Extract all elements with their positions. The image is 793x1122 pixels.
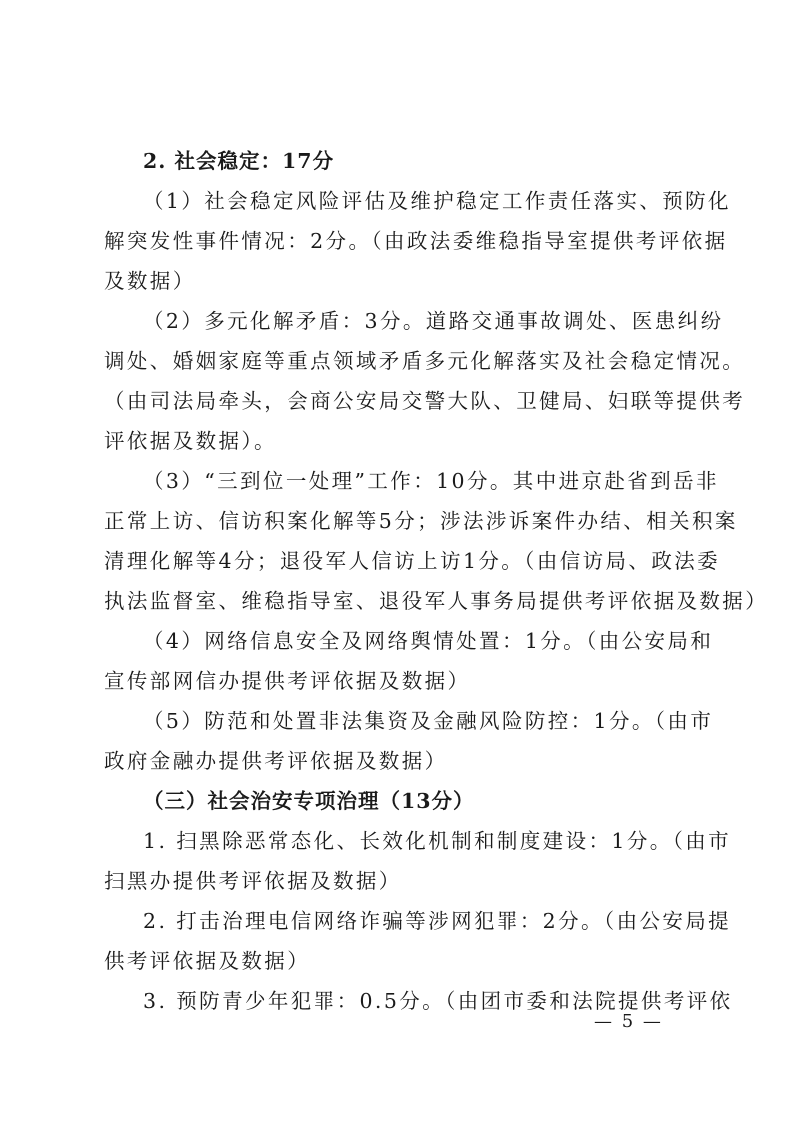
paragraph-line: （5）防范和处置非法集资及金融风险防控：1分。（由市 [143, 707, 694, 735]
paragraph-line: （3）“三到位一处理”工作：10分。其中进京赴省到岳非 [143, 467, 694, 495]
document-page: 2. 社会稳定：17分 （1）社会稳定风险评估及维护稳定工作责任落实、预防化 解… [0, 0, 793, 1122]
paragraph-line: （2）多元化解矛盾：3分。道路交通事故调处、医患纠纷 [143, 307, 694, 335]
paragraph-line: （由司法局牵头，会商公安局交警大队、卫健局、妇联等提供考 [104, 387, 694, 415]
paragraph-line: 及数据） [104, 267, 694, 295]
paragraph-line: 供考评依据及数据） [104, 947, 694, 975]
paragraph-line: 正常上访、信访积案化解等5分；涉法涉诉案件办结、相关积案 [104, 507, 694, 535]
paragraph-line: 2. 打击治理电信网络诈骗等涉网犯罪：2分。（由公安局提 [143, 907, 694, 935]
section-heading-social-stability: 2. 社会稳定：17分 [143, 147, 694, 175]
paragraph-line: 政府金融办提供考评依据及数据） [104, 747, 694, 775]
paragraph-line: 清理化解等4分；退役军人信访上访1分。（由信访局、政法委 [104, 547, 694, 575]
section-heading-public-security: （三）社会治安专项治理（13分） [143, 787, 694, 815]
paragraph-line: 调处、婚姻家庭等重点领域矛盾多元化解落实及社会稳定情况。 [104, 347, 694, 375]
paragraph-line: 扫黑办提供考评依据及数据） [104, 867, 694, 895]
paragraph-line: 解突发性事件情况：2分。（由政法委维稳指导室提供考评依据 [104, 227, 694, 255]
paragraph-line: 执法监督室、维稳指导室、退役军人事务局提供考评依据及数据） [104, 587, 694, 615]
paragraph-line: （1）社会稳定风险评估及维护稳定工作责任落实、预防化 [143, 187, 694, 215]
paragraph-line: （4）网络信息安全及网络舆情处置：1分。（由公安局和 [143, 627, 694, 655]
paragraph-line: 评依据及数据）。 [104, 427, 694, 455]
paragraph-line: 宣传部网信办提供考评依据及数据） [104, 667, 694, 695]
page-number: — 5 — [594, 1010, 663, 1034]
paragraph-line: 1. 扫黑除恶常态化、长效化机制和制度建设：1分。（由市 [143, 827, 694, 855]
